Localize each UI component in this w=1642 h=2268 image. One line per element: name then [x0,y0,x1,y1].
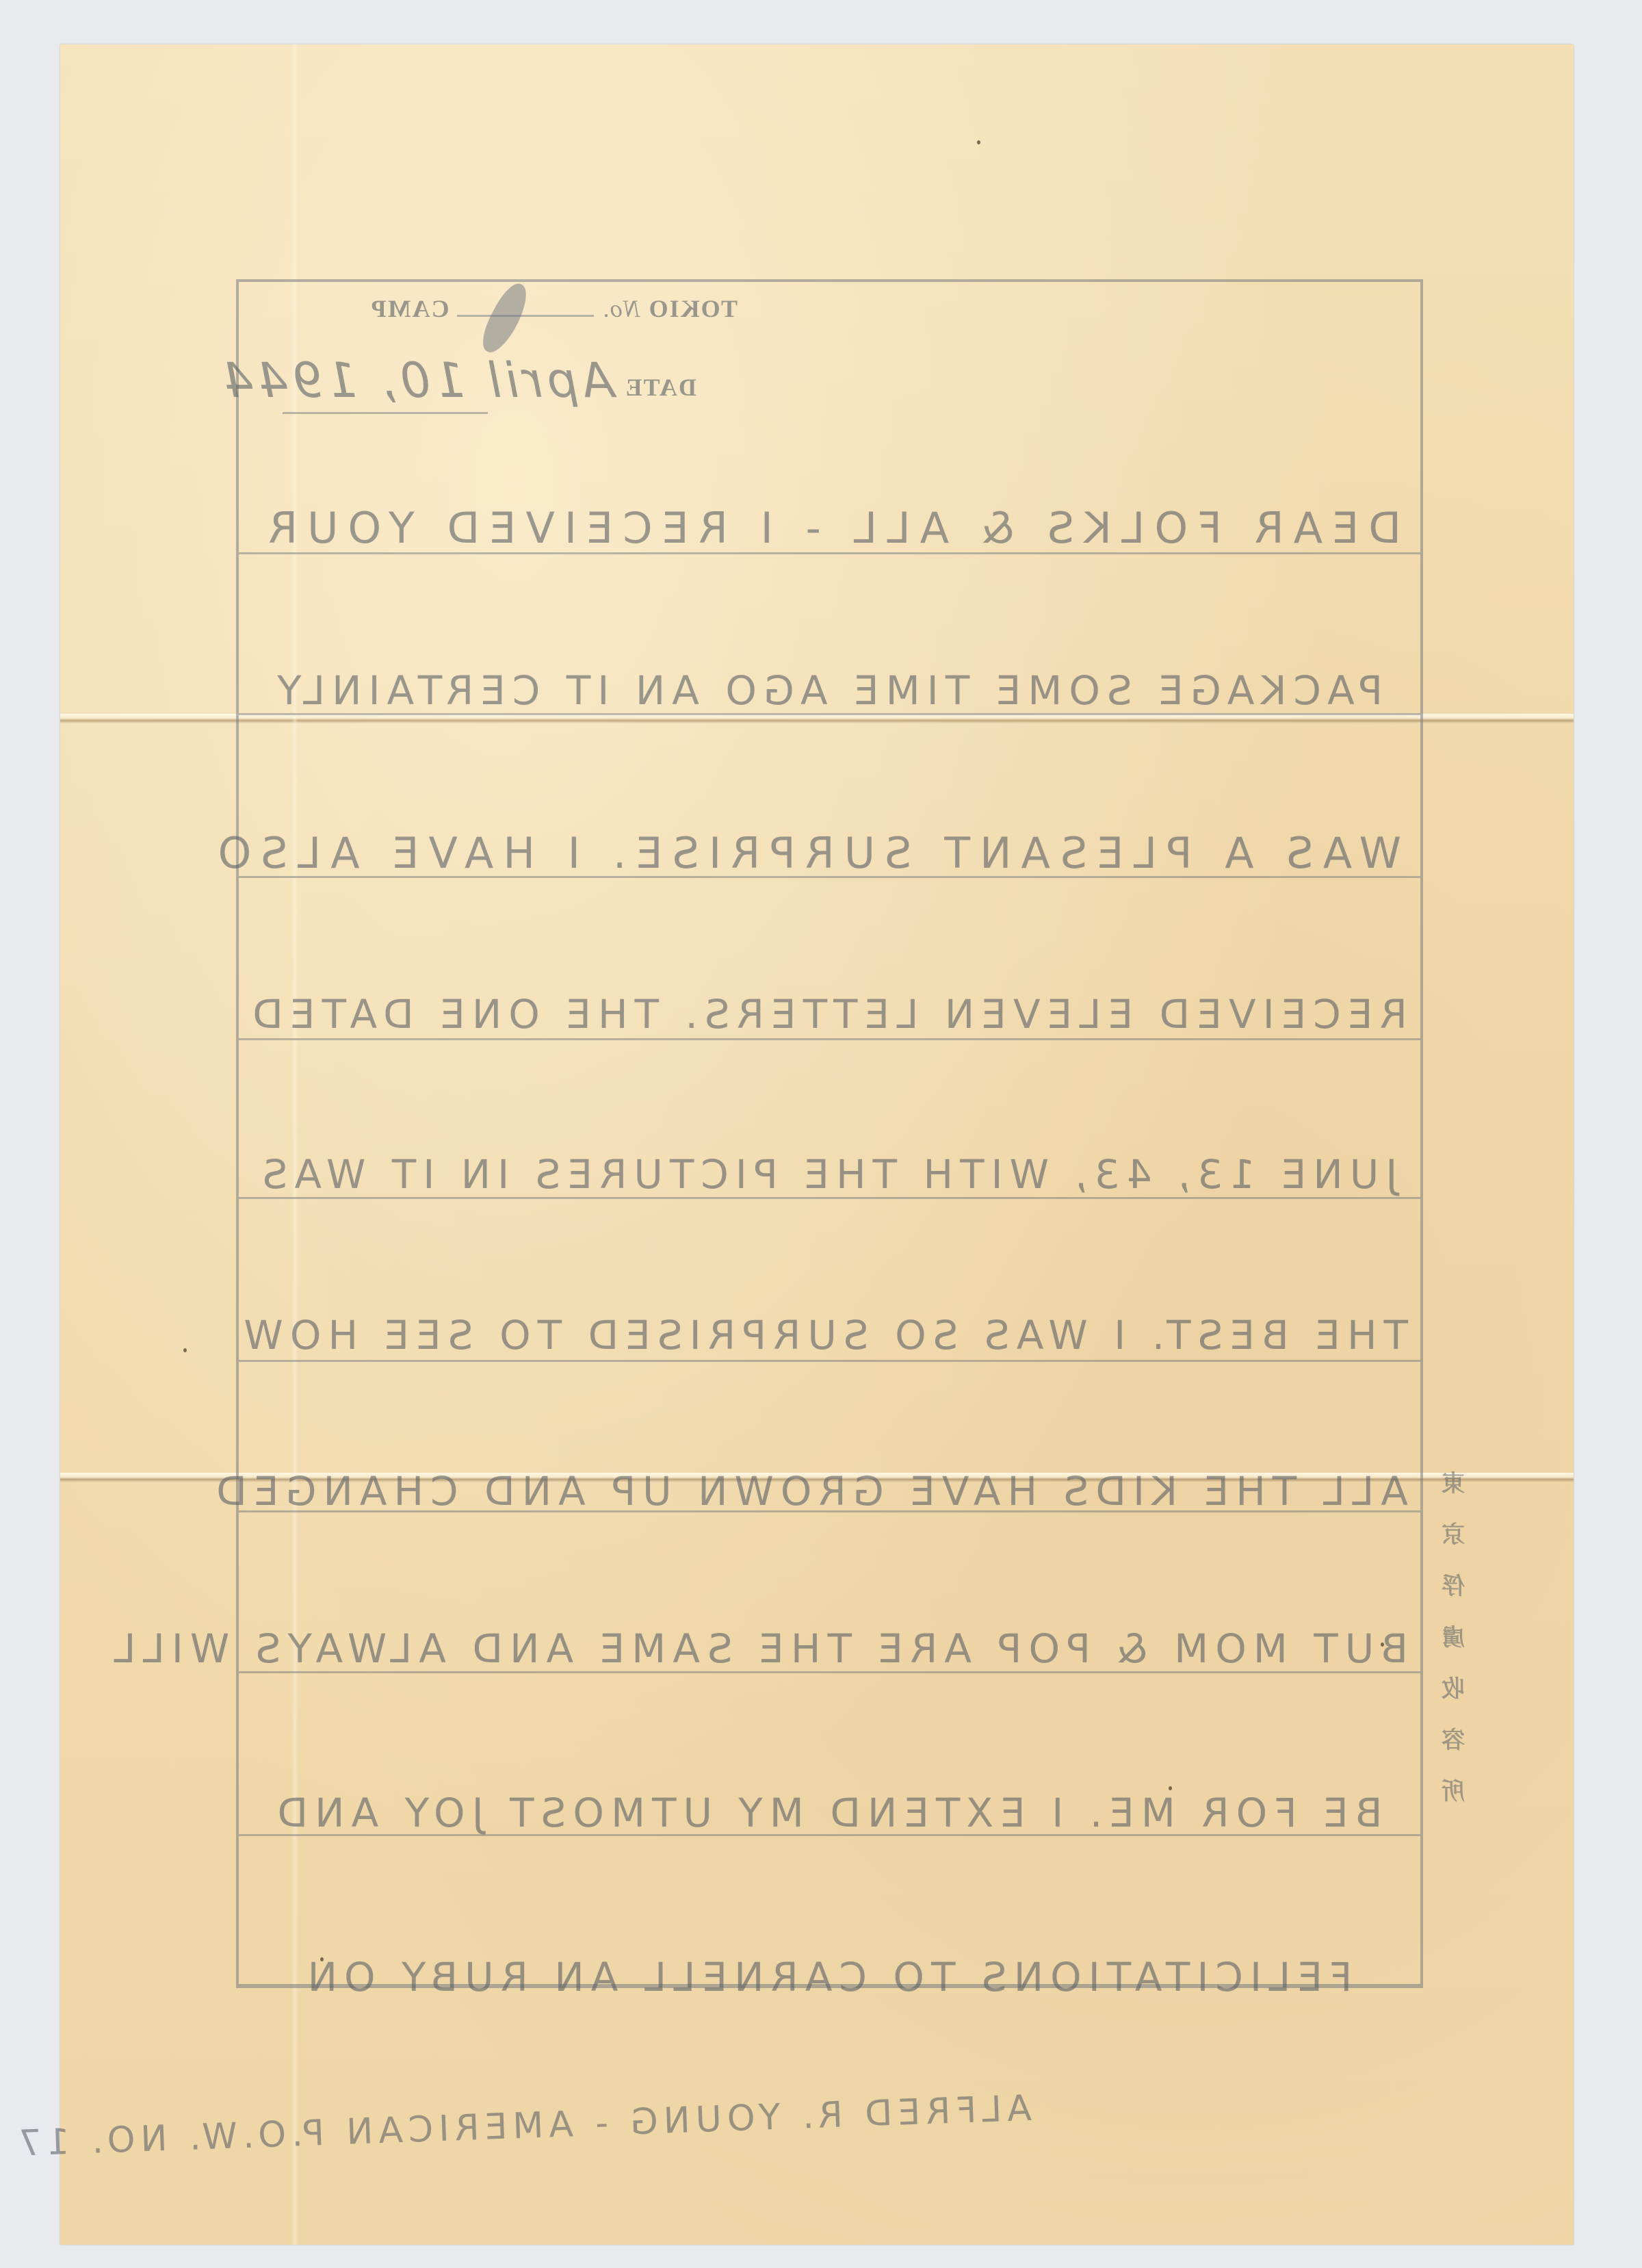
camp-label: CAMP [370,295,449,322]
letter-line-1: Dear Folks & All - I received your [265,503,1401,553]
camp-name-vertical-stamp: 東 京 俘 虜 收 容 所 [1433,1465,1474,1806]
date-underline [283,412,488,414]
stamp-char: 東 [1442,1465,1465,1498]
stamp-char: 俘 [1442,1567,1465,1601]
stamp-char: 虜 [1442,1619,1465,1652]
camp-prefix: TOKIO [648,295,738,322]
letter-line-6: the best. I was so surprised to see how [245,1312,1408,1358]
stamp-char: 收 [1442,1670,1465,1703]
letter-line-8: but Mom & Pop are the same and always wi… [245,1625,1408,1672]
ruled-line [239,1360,1420,1362]
stamp-char: 所 [1442,1773,1465,1806]
date-value: April 10, 1944 [219,352,614,409]
letter-line-7: all the kids have grown up and changed [245,1468,1408,1515]
date-label: DATE [625,373,696,402]
letter-line-2: package some time ago an it certainly [245,667,1408,714]
letter-line-4: received eleven letters. The one dated [245,991,1408,1038]
stamp-char: 京 [1442,1516,1465,1549]
ruled-line [239,1038,1420,1040]
letter-line-10: felicitations to Carnell an Ruby on [245,1954,1408,2000]
letter-line-5: June 13, 43, with the pictures in it was [245,1151,1408,1198]
letter-line-3: was a plesant surprise. I have also [265,828,1401,878]
letter-line-9: be for me. I extend my utmost joy and [245,1790,1408,1836]
sender-line: Alfred R. Young - American P.O.W. No. 17 [244,2088,1032,2156]
camp-no-label: No. [601,295,640,322]
camp-no-blank [457,315,594,317]
letter-sheet: TOKIO No. CAMP DATE April 10, 1944 Dear … [60,44,1574,2245]
paper-speck [183,1348,187,1352]
stamp-char: 容 [1442,1721,1465,1755]
paper-speck [977,140,980,144]
